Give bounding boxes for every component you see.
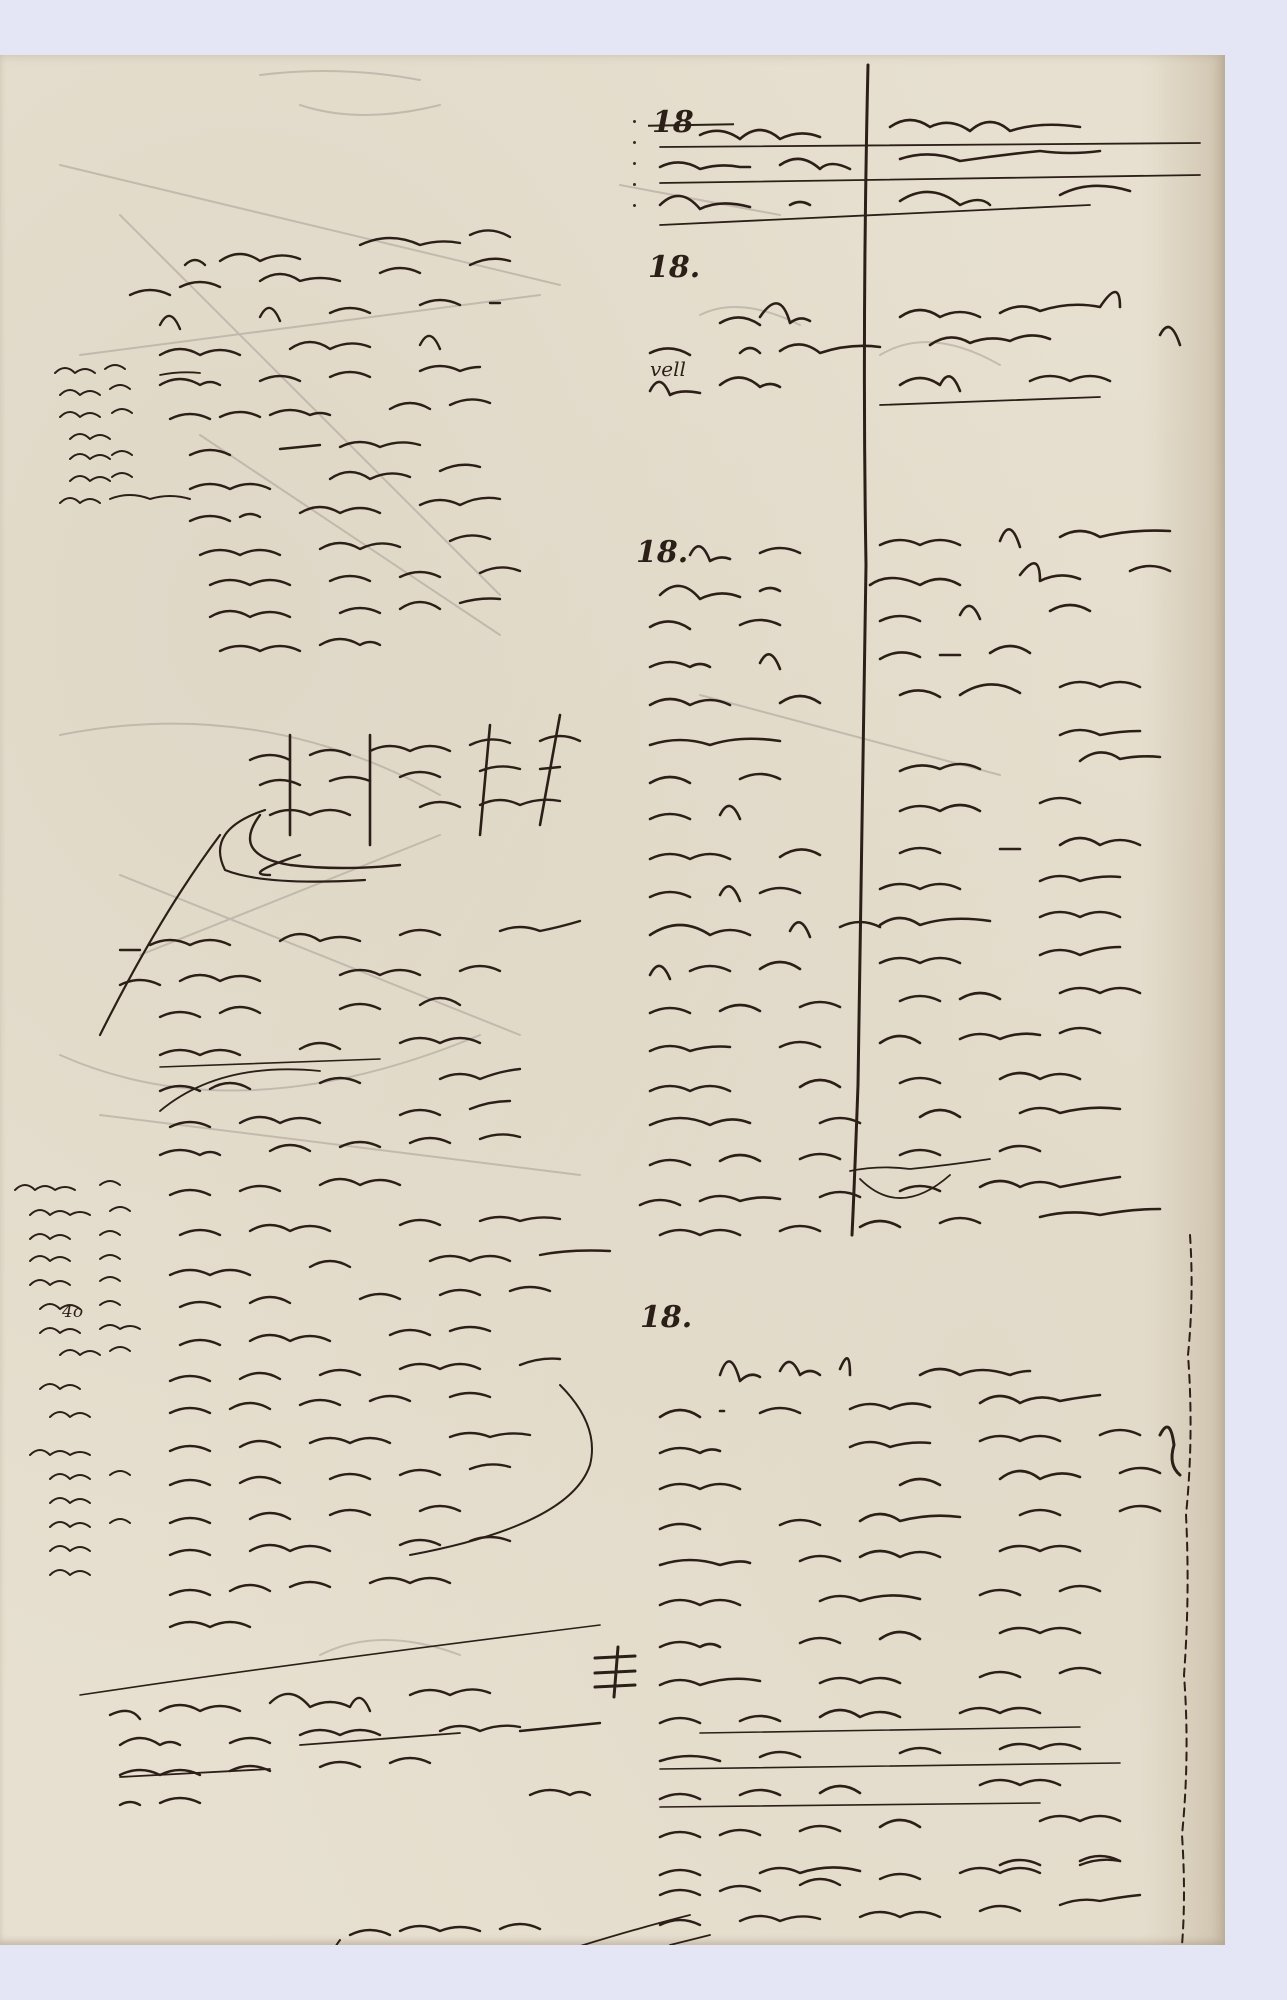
- insertion-mark-icon: [595, 1647, 635, 1697]
- paragraph-marker: 18: [652, 105, 694, 140]
- margin-note-fragment: 4o: [62, 1302, 83, 1322]
- right-column-ink: [640, 120, 1200, 1945]
- paragraph-marker: 18.: [640, 1300, 692, 1335]
- paragraph-marker: 18.: [648, 250, 700, 285]
- text-fragment: vell: [650, 357, 686, 381]
- handwriting-layer: [0, 55, 1225, 1945]
- manuscript-sheet: 18 18. 18. 18. vell 4o: [0, 55, 1225, 1945]
- column-divider-line: [852, 65, 868, 1235]
- paragraph-marker: 18.: [636, 535, 688, 570]
